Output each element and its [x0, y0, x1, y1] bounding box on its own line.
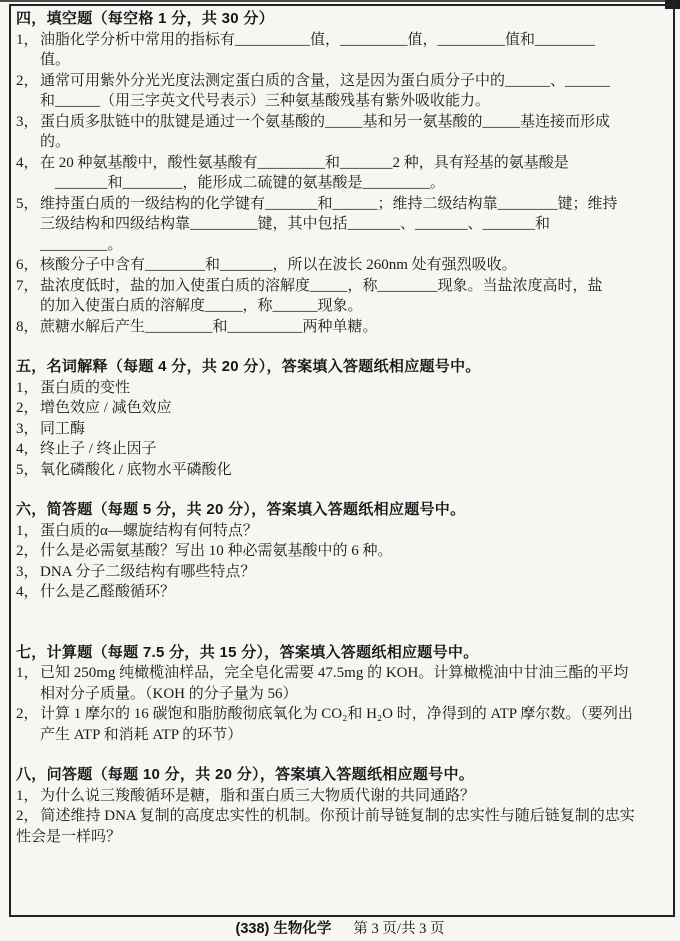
question-text: 核酸分子中含有________和_______，所以在波长 260nm 处有强烈…	[40, 255, 659, 276]
question-item: 1， 蛋白质的α—螺旋结构有何特点？	[16, 521, 659, 542]
exam-page-frame: 四，填空题（每空格 1 分，共 30 分） 1， 油脂化学分析中常用的指标有__…	[9, 4, 675, 917]
question-item: 7， 盐浓度低时，盐的加入使蛋白质的溶解度_____，称________现象。当…	[16, 276, 659, 317]
question-text: 终止子 / 终止因子	[40, 439, 659, 460]
question-item: 5， 氧化磷酸化 / 底物水平磷酸化	[16, 460, 659, 481]
question-number: 1，	[16, 663, 40, 704]
question-number: 4，	[16, 439, 40, 460]
question-number: 1，	[16, 30, 40, 71]
section-essay: 八，问答题（每题 10 分，共 20 分），答案填入答题纸相应题号中。 1， 为…	[16, 765, 659, 847]
question-text: 蔗糖水解后产生_________和__________两种单糖。	[40, 317, 659, 338]
question-item: 4， 终止子 / 终止因子	[16, 439, 659, 460]
question-text: 什么是乙醛酸循环？	[40, 582, 659, 603]
question-item: 3， 同工酶	[16, 419, 659, 440]
question-text: 已知 250mg 纯橄榄油样品，完全皂化需要 47.5mg 的 KOH。计算橄榄…	[40, 663, 659, 704]
question-text: 盐浓度低时，盐的加入使蛋白质的溶解度_____，称________现象。当盐浓度…	[40, 276, 659, 317]
question-number: 2，	[16, 71, 40, 112]
question-number: 2，	[16, 808, 39, 824]
question-item: 1， 为什么说三羧酸循环是糖，脂和蛋白质三大物质代谢的共同通路？	[16, 786, 659, 807]
question-number: 3，	[16, 112, 40, 153]
question-item: 3， DNA 分子二级结构有哪些特点？	[16, 562, 659, 583]
footer-page-info: 第 3 页/共 3 页	[353, 921, 444, 937]
question-text: 油脂化学分析中常用的指标有__________值，_________值，____…	[40, 30, 659, 71]
question-number: 2，	[16, 541, 40, 562]
question-item: 2， 计算 1 摩尔的 16 碳饱和脂肪酸彻底氧化为 CO₂和 H₂O 时，净得…	[16, 704, 659, 745]
section-short-answer: 六，简答题（每题 5 分，共 20 分），答案填入答题纸相应题号中。 1， 蛋白…	[16, 500, 659, 603]
question-text: 什么是必需氨基酸？写出 10 种必需氨基酸中的 6 种。	[40, 541, 659, 562]
question-text: 增色效应 / 减色效应	[40, 398, 659, 419]
section-calculation: 七，计算题（每题 7.5 分，共 15 分），答案填入答题纸相应题号中。 1， …	[16, 643, 659, 746]
section-header: 八，问答题（每题 10 分，共 20 分），答案填入答题纸相应题号中。	[16, 765, 659, 786]
section-header: 七，计算题（每题 7.5 分，共 15 分），答案填入答题纸相应题号中。	[16, 643, 659, 664]
question-text: 氧化磷酸化 / 底物水平磷酸化	[40, 460, 659, 481]
section-header: 五，名词解释（每题 4 分，共 20 分），答案填入答题纸相应题号中。	[16, 357, 659, 378]
question-item: 1， 油脂化学分析中常用的指标有__________值，_________值，_…	[16, 30, 659, 71]
question-number: 1，	[16, 786, 40, 807]
section-fill-in-blanks: 四，填空题（每空格 1 分，共 30 分） 1， 油脂化学分析中常用的指标有__…	[16, 9, 659, 337]
question-text: 蛋白质多肽链中的肽键是通过一个氨基酸的_____基和另一氨基酸的_____基连接…	[40, 112, 659, 153]
section-header: 四，填空题（每空格 1 分，共 30 分）	[16, 9, 659, 30]
question-number: 3，	[16, 419, 40, 440]
section-term-explanation: 五，名词解释（每题 4 分，共 20 分），答案填入答题纸相应题号中。 1， 蛋…	[16, 357, 659, 480]
question-text: 维持蛋白质的一级结构的化学键有_______和______；维持二级结构靠___…	[40, 194, 659, 256]
question-text: 蛋白质的α—螺旋结构有何特点？	[40, 521, 659, 542]
question-number: 1，	[16, 378, 40, 399]
question-number: 2，	[16, 704, 40, 745]
question-text: 在 20 种氨基酸中，酸性氨基酸有_________和_______2 种，具有…	[40, 153, 659, 194]
question-number: 5，	[16, 194, 40, 256]
question-text: 通常可用紫外分光光度法测定蛋白质的含量，这是因为蛋白质分子中的______、__…	[40, 71, 659, 112]
question-text: 同工酶	[40, 419, 659, 440]
question-item: 3， 蛋白质多肽链中的肽键是通过一个氨基酸的_____基和另一氨基酸的_____…	[16, 112, 659, 153]
question-number: 3，	[16, 562, 40, 583]
section-header: 六，简答题（每题 5 分，共 20 分），答案填入答题纸相应题号中。	[16, 500, 659, 521]
question-item: 2， 增色效应 / 减色效应	[16, 398, 659, 419]
question-item: 6， 核酸分子中含有________和_______，所以在波长 260nm 处…	[16, 255, 659, 276]
question-item: 2， 什么是必需氨基酸？写出 10 种必需氨基酸中的 6 种。	[16, 541, 659, 562]
question-number: 6，	[16, 255, 40, 276]
question-item: 4， 在 20 种氨基酸中，酸性氨基酸有_________和_______2 种…	[16, 153, 659, 194]
question-text: 蛋白质的变性	[40, 378, 659, 399]
question-item: 2，简述维持 DNA 复制的高度忠实性的机制。你预计前导链复制的忠实性与随后链复…	[16, 806, 659, 847]
question-text: 为什么说三羧酸循环是糖，脂和蛋白质三大物质代谢的共同通路？	[40, 786, 659, 807]
question-number: 2，	[16, 398, 40, 419]
question-item: 1， 蛋白质的变性	[16, 378, 659, 399]
question-number: 7，	[16, 276, 40, 317]
question-text: 简述维持 DNA 复制的高度忠实性的机制。你预计前导链复制的忠实性与随后链复制的…	[16, 808, 635, 845]
question-text: DNA 分子二级结构有哪些特点？	[40, 562, 659, 583]
question-item: 8， 蔗糖水解后产生_________和__________两种单糖。	[16, 317, 659, 338]
question-item: 5， 维持蛋白质的一级结构的化学键有_______和______；维持二级结构靠…	[16, 194, 659, 256]
question-number: 4，	[16, 582, 40, 603]
page-footer: (338) 生物化学第 3 页/共 3 页	[0, 920, 680, 938]
question-number: 4，	[16, 153, 40, 194]
footer-course-label: (338) 生物化学	[236, 921, 332, 937]
question-item: 2， 通常可用紫外分光光度法测定蛋白质的含量，这是因为蛋白质分子中的______…	[16, 71, 659, 112]
question-text: 计算 1 摩尔的 16 碳饱和脂肪酸彻底氧化为 CO₂和 H₂O 时，净得到的 …	[40, 704, 659, 745]
scan-edge-artifact	[0, 0, 680, 2]
question-number: 8，	[16, 317, 40, 338]
question-number: 1，	[16, 521, 40, 542]
question-number: 5，	[16, 460, 40, 481]
question-item: 1， 已知 250mg 纯橄榄油样品，完全皂化需要 47.5mg 的 KOH。计…	[16, 663, 659, 704]
question-item: 4， 什么是乙醛酸循环？	[16, 582, 659, 603]
